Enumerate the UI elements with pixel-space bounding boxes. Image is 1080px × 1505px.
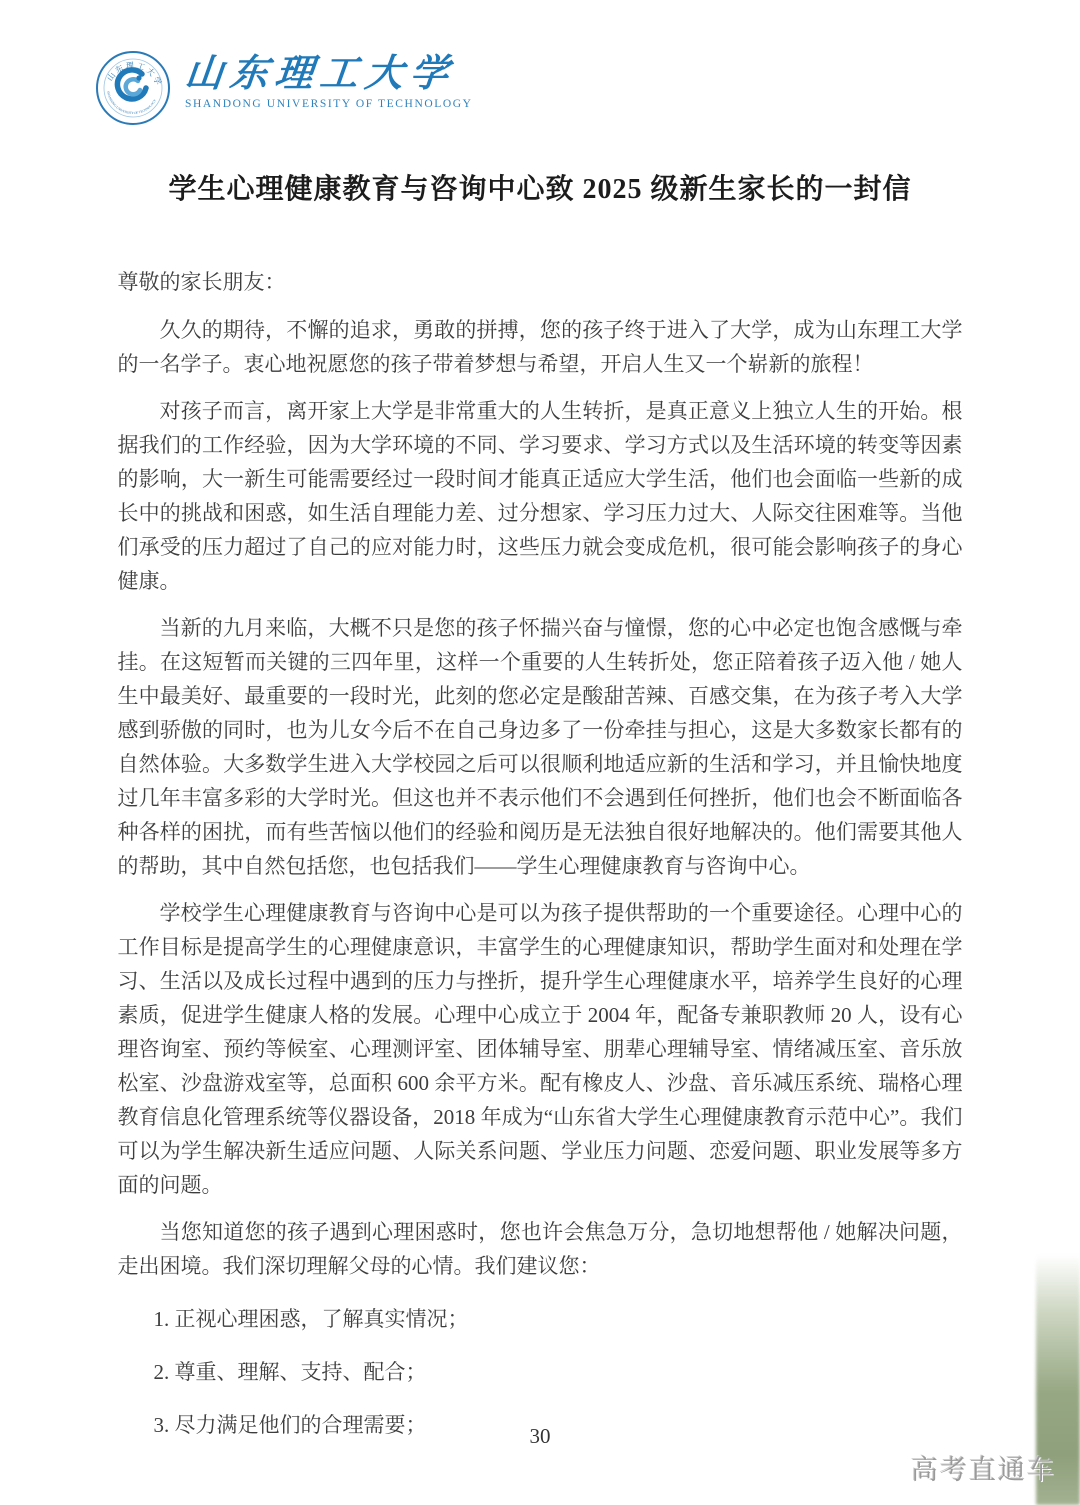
suggestion-item-1: 1. 正视心理困惑，了解真实情况； (118, 1302, 963, 1336)
paragraph-4: 学校学生心理健康教育与咨询中心是可以为孩子提供帮助的一个重要途径。心理中心的工作… (118, 896, 963, 1202)
university-name: 山东理工大学 SHANDONG UNIVERSITY OF TECHNOLOGY (185, 50, 473, 111)
paragraph-1: 久久的期待，不懈的追求，勇敢的拼搏，您的孩子终于进入了大学，成为山东理工大学的一… (118, 313, 963, 381)
university-name-en: SHANDONG UNIVERSITY OF TECHNOLOGY (185, 97, 473, 111)
page-number: 30 (0, 1424, 1080, 1449)
letter-body: 尊敬的家长朋友： 久久的期待，不懈的追求，勇敢的拼搏，您的孩子终于进入了大学，成… (118, 265, 963, 1442)
paragraph-2: 对孩子而言，离开家上大学是非常重大的人生转折，是真正意义上独立人生的开始。根据我… (118, 394, 963, 598)
suggestion-item-2: 2. 尊重、理解、支持、配合； (118, 1355, 963, 1389)
paragraph-5: 当您知道您的孩子遇到心理困惑时，您也许会焦急万分，急切地想帮他 / 她解决问题，… (118, 1215, 963, 1283)
salutation: 尊敬的家长朋友： (118, 265, 963, 299)
university-seal-icon: 山东理工大学 SHANDONG UNIVERSITY OF TECHNOLOGY (95, 50, 171, 126)
paragraph-3: 当新的九月来临，大概不只是您的孩子怀揣兴奋与憧憬，您的心中必定也饱含感慨与牵挂。… (118, 611, 963, 883)
watermark-brand: 高考直通车 (911, 1448, 1056, 1487)
letter-page: 山东理工大学 SHANDONG UNIVERSITY OF TECHNOLOGY… (0, 0, 1080, 1505)
university-logo: 山东理工大学 SHANDONG UNIVERSITY OF TECHNOLOGY… (95, 50, 473, 126)
university-name-cn: 山东理工大学 (183, 54, 475, 94)
